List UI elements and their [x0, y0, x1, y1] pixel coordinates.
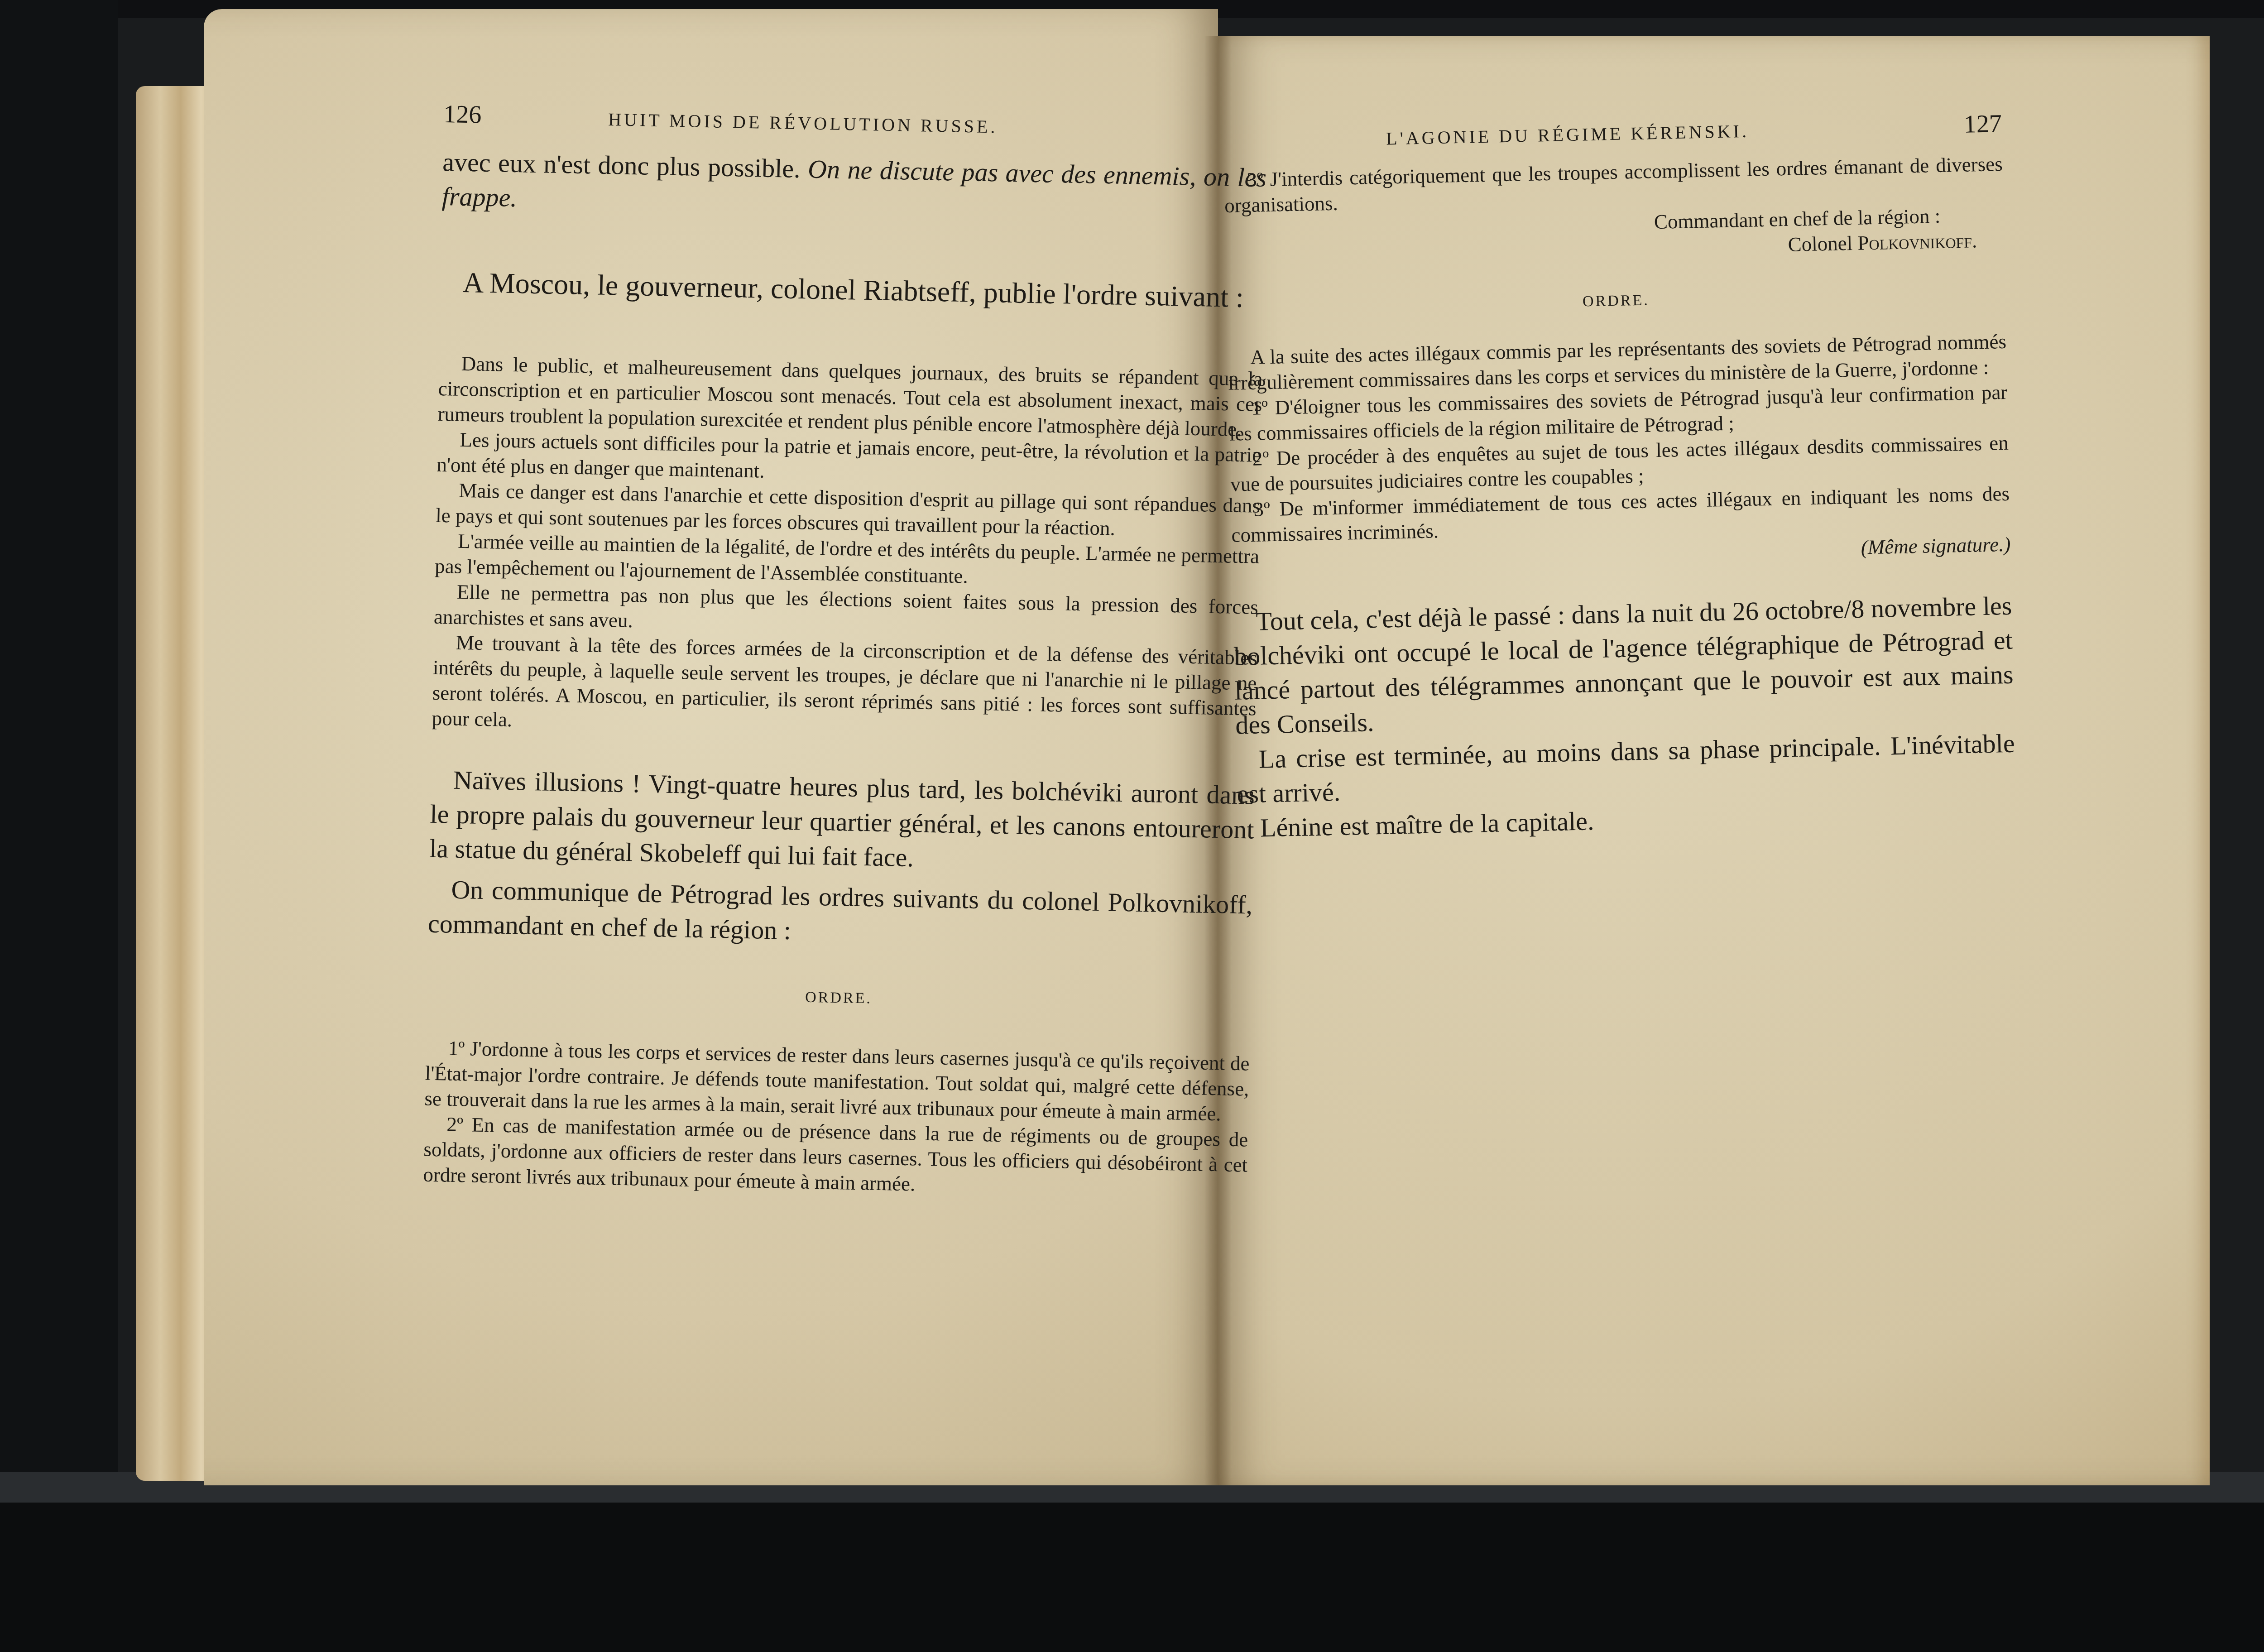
- opening-roman: avec eux n'est donc plus possible.: [442, 147, 801, 183]
- left-page-content: 126 HUIT MOIS DE RÉVOLUTION RUSSE. avec …: [423, 100, 1268, 1203]
- section-title: ORDRE.: [1227, 284, 2005, 318]
- display-case-left: [0, 0, 118, 1652]
- open-book: 126 HUIT MOIS DE RÉVOLUTION RUSSE. avec …: [136, 9, 2210, 1485]
- quote-paragraph: Me trouvant à la tête des forces armées …: [432, 629, 1257, 747]
- page-number: 127: [1963, 109, 2002, 139]
- signature-surname: Polkovnikoff.: [1857, 229, 1977, 255]
- right-page-content: L'AGONIE DU RÉGIME KÉRENSKI. 127 3º J'in…: [1223, 97, 2017, 846]
- display-case-bottom: [0, 1503, 2264, 1652]
- running-head-title: L'AGONIE DU RÉGIME KÉRENSKI.: [1386, 120, 1750, 149]
- section-title: ORDRE.: [427, 982, 1251, 1015]
- order-item: 2º En cas de manifestation armée ou de p…: [423, 1111, 1248, 1203]
- running-head-title: HUIT MOIS DE RÉVOLUTION RUSSE.: [608, 109, 998, 138]
- page-number: 126: [443, 100, 482, 130]
- closing-paragraph: Tout cela, c'est déjà le passé : dans la…: [1233, 589, 2015, 743]
- narrative-paragraph: On communique de Pétrograd les ordres su…: [427, 872, 1253, 957]
- narrative-paragraph: Naïves illusions ! Vingt-quatre heures p…: [429, 763, 1255, 882]
- signature-rank: Colonel: [1788, 232, 1853, 256]
